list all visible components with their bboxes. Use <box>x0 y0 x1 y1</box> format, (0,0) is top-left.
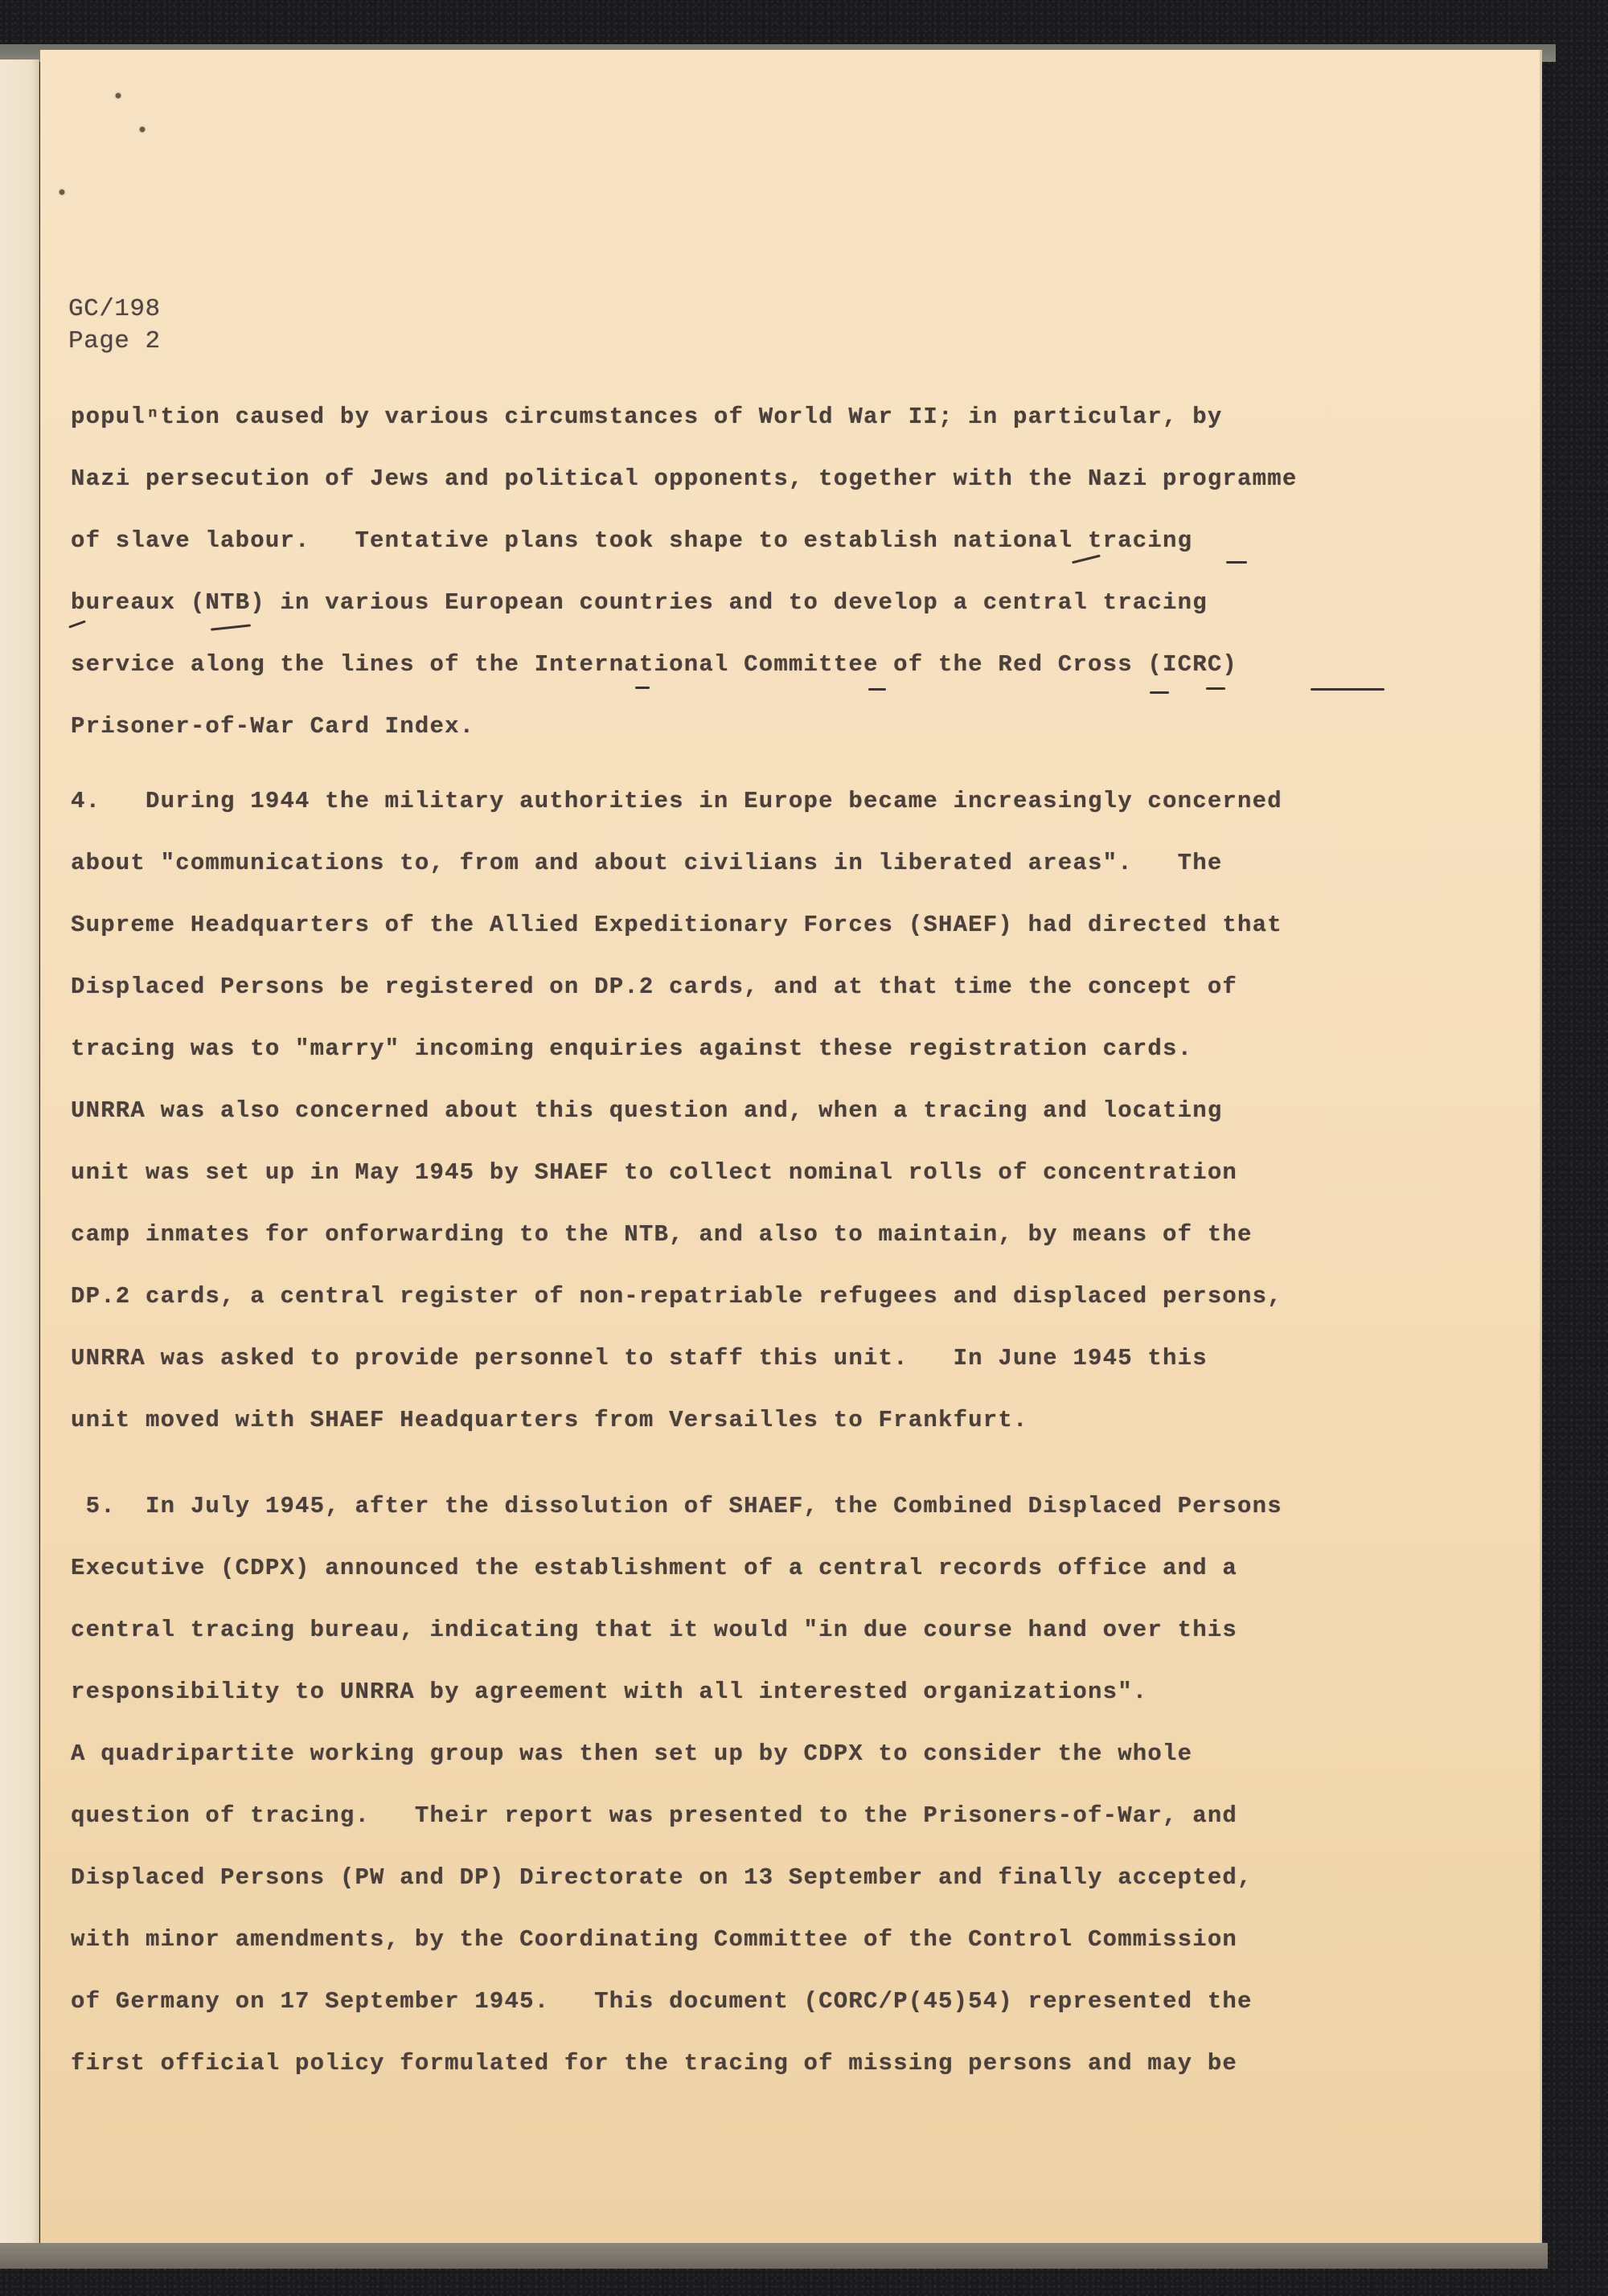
document-page: GC/198 Page 2 populⁿtion caused by vario… <box>40 50 1540 2253</box>
text-line: service along the lines of the Internati… <box>71 651 1237 678</box>
text-line: UNRRA was asked to provide personnel to … <box>71 1345 1208 1371</box>
text-line: Supreme Headquarters of the Allied Exped… <box>71 912 1282 938</box>
text-line: 5. In July 1945, after the dissolution o… <box>71 1493 1282 1519</box>
text-line: unit was set up in May 1945 by SHAEF to … <box>71 1159 1237 1186</box>
text-line: 4. During 1944 the military authorities … <box>71 788 1282 814</box>
text-line: Nazi persecution of Jews and political o… <box>71 465 1297 492</box>
text-line: UNRRA was also concerned about this ques… <box>71 1097 1222 1124</box>
text-line: with minor amendments, by the Coordinati… <box>71 1926 1237 1953</box>
text-line: populⁿtion caused by various circumstanc… <box>71 404 1222 430</box>
text-line: responsibility to UNRRA by agreement wit… <box>71 1679 1147 1705</box>
page-number: Page 2 <box>68 327 161 355</box>
punch-hole-mark <box>113 90 124 101</box>
text-line: Displaced Persons be registered on DP.2 … <box>71 974 1237 1000</box>
previous-page-edge <box>0 59 39 2246</box>
text-line: unit moved with SHAEF Headquarters from … <box>71 1407 1028 1433</box>
text-line: bureaux (NTB) in various European countr… <box>71 589 1208 616</box>
pen-underline-icrc <box>1311 688 1384 691</box>
pen-underline-red <box>1150 691 1169 694</box>
text-line: question of tracing. Their report was pr… <box>71 1802 1237 1829</box>
pen-underline-committee <box>868 688 886 691</box>
text-line: about "communications to, from and about… <box>71 850 1222 876</box>
punch-hole-mark <box>137 124 148 135</box>
text-line: Displaced Persons (PW and DP) Directorat… <box>71 1864 1253 1891</box>
text-line: camp inmates for onforwarding to the NTB… <box>71 1221 1253 1248</box>
text-line: first official policy formulated for the… <box>71 2050 1237 2077</box>
text-line: Executive (CDPX) announced the establish… <box>71 1555 1237 1581</box>
document-reference: GC/198 <box>68 295 161 323</box>
pen-underline-ntb <box>211 624 251 630</box>
pen-underline-cross <box>1206 687 1225 690</box>
text-line: of Germany on 17 September 1945. This do… <box>71 1988 1253 2015</box>
text-line: A quadripartite working group was then s… <box>71 1740 1192 1767</box>
pen-underline-international <box>635 687 650 689</box>
pen-underline-tracing <box>1226 561 1247 564</box>
text-line: tracing was to "marry" incoming enquirie… <box>71 1035 1192 1062</box>
text-line: central tracing bureau, indicating that … <box>71 1617 1237 1643</box>
text-line: of slave labour. Tentative plans took sh… <box>71 527 1192 554</box>
punch-hole-mark <box>56 187 68 198</box>
text-line: Prisoner-of-War Card Index. <box>71 713 474 740</box>
pen-underline-national <box>1072 555 1101 564</box>
pen-underline-bureaux <box>68 620 86 628</box>
text-line: DP.2 cards, a central register of non-re… <box>71 1283 1282 1310</box>
binding-bottom-edge <box>0 2243 1548 2269</box>
